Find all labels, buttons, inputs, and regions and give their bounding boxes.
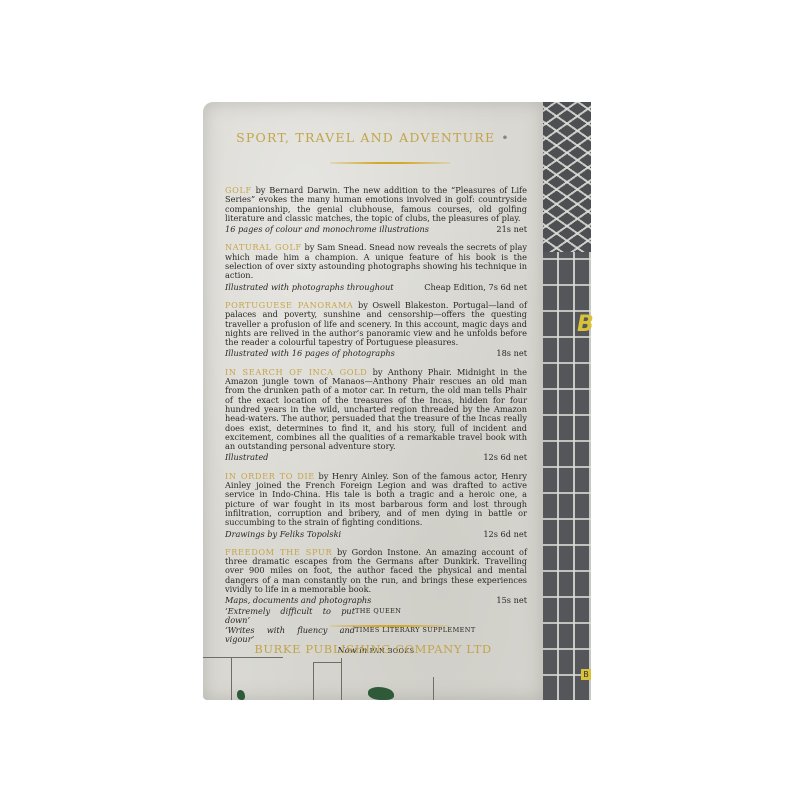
book-description: by Bernard Darwin. The new addition to t… bbox=[225, 185, 527, 223]
book-description: by Anthony Phair. Midnight in the Amazon… bbox=[225, 367, 527, 451]
book-entry: NATURAL GOLF by Sam Snead. Snead now rev… bbox=[225, 243, 527, 291]
book-price: 18s net bbox=[496, 349, 527, 358]
wear-crack bbox=[313, 662, 341, 663]
book-description: by Henry Ainley. Son of the famous actor… bbox=[225, 471, 527, 527]
wear-crack bbox=[203, 657, 283, 658]
book-note: Illustrated with 16 pages of photographs bbox=[225, 349, 395, 358]
wear-crack bbox=[433, 677, 434, 700]
torn-patch bbox=[368, 687, 394, 700]
book-price: 21s net bbox=[496, 225, 527, 234]
torn-patch bbox=[237, 690, 245, 700]
section-heading-text: SPORT, TRAVEL AND ADVENTURE bbox=[236, 130, 495, 145]
back-cover: SPORT, TRAVEL AND ADVENTURE• GOLF by Ber… bbox=[203, 102, 543, 700]
spine: B B bbox=[543, 102, 591, 700]
spine-letter: B bbox=[577, 312, 594, 337]
book-note: 16 pages of colour and monochrome illust… bbox=[225, 225, 429, 234]
gold-rule-top bbox=[330, 162, 450, 164]
book-entry: IN ORDER TO DIE by Henry Ainley. Son of … bbox=[225, 472, 527, 539]
book-note: Illustrated bbox=[225, 453, 268, 462]
book-note: Maps, documents and photographs bbox=[225, 596, 371, 605]
book-note: Drawings by Feliks Topolski bbox=[225, 530, 341, 539]
publisher-name: BURKE PUBLISHING COMPANY LTD bbox=[203, 642, 543, 656]
book-list: GOLF by Bernard Darwin. The new addition… bbox=[225, 186, 527, 656]
book-entry: GOLF by Bernard Darwin. The new addition… bbox=[225, 186, 527, 234]
wear-crack bbox=[313, 662, 314, 700]
book-price: 12s 6d net bbox=[483, 453, 527, 462]
section-heading: SPORT, TRAVEL AND ADVENTURE• bbox=[203, 130, 543, 145]
review-quote: ‘Extremely difficult to put down’THE QUE… bbox=[225, 607, 527, 626]
gold-rule-bottom bbox=[330, 625, 450, 627]
book-entry: FREEDOM THE SPUR by Gordon Instone. An a… bbox=[225, 548, 527, 656]
book-price: Cheap Edition, 7s 6d net bbox=[424, 283, 527, 292]
book-price: 15s net bbox=[496, 596, 527, 605]
quote-source: THE QUEEN bbox=[355, 607, 401, 626]
quote-text: ‘Extremely difficult to put down’ bbox=[225, 607, 355, 626]
book-price: 12s 6d net bbox=[483, 530, 527, 539]
book-entry: IN SEARCH OF INCA GOLD by Anthony Phair.… bbox=[225, 368, 527, 463]
book-entry: PORTUGUESE PANORAMA by Oswell Blakeston.… bbox=[225, 301, 527, 359]
book-note: Illustrated with photographs throughout bbox=[225, 283, 394, 292]
wear-crack bbox=[231, 658, 232, 700]
spine-publisher-badge: B bbox=[581, 669, 591, 680]
spine-net-pattern bbox=[543, 102, 591, 252]
ornament-dot-icon: • bbox=[501, 130, 510, 145]
wear-crack bbox=[341, 658, 342, 700]
book-dust-jacket: SPORT, TRAVEL AND ADVENTURE• GOLF by Ber… bbox=[203, 102, 591, 700]
